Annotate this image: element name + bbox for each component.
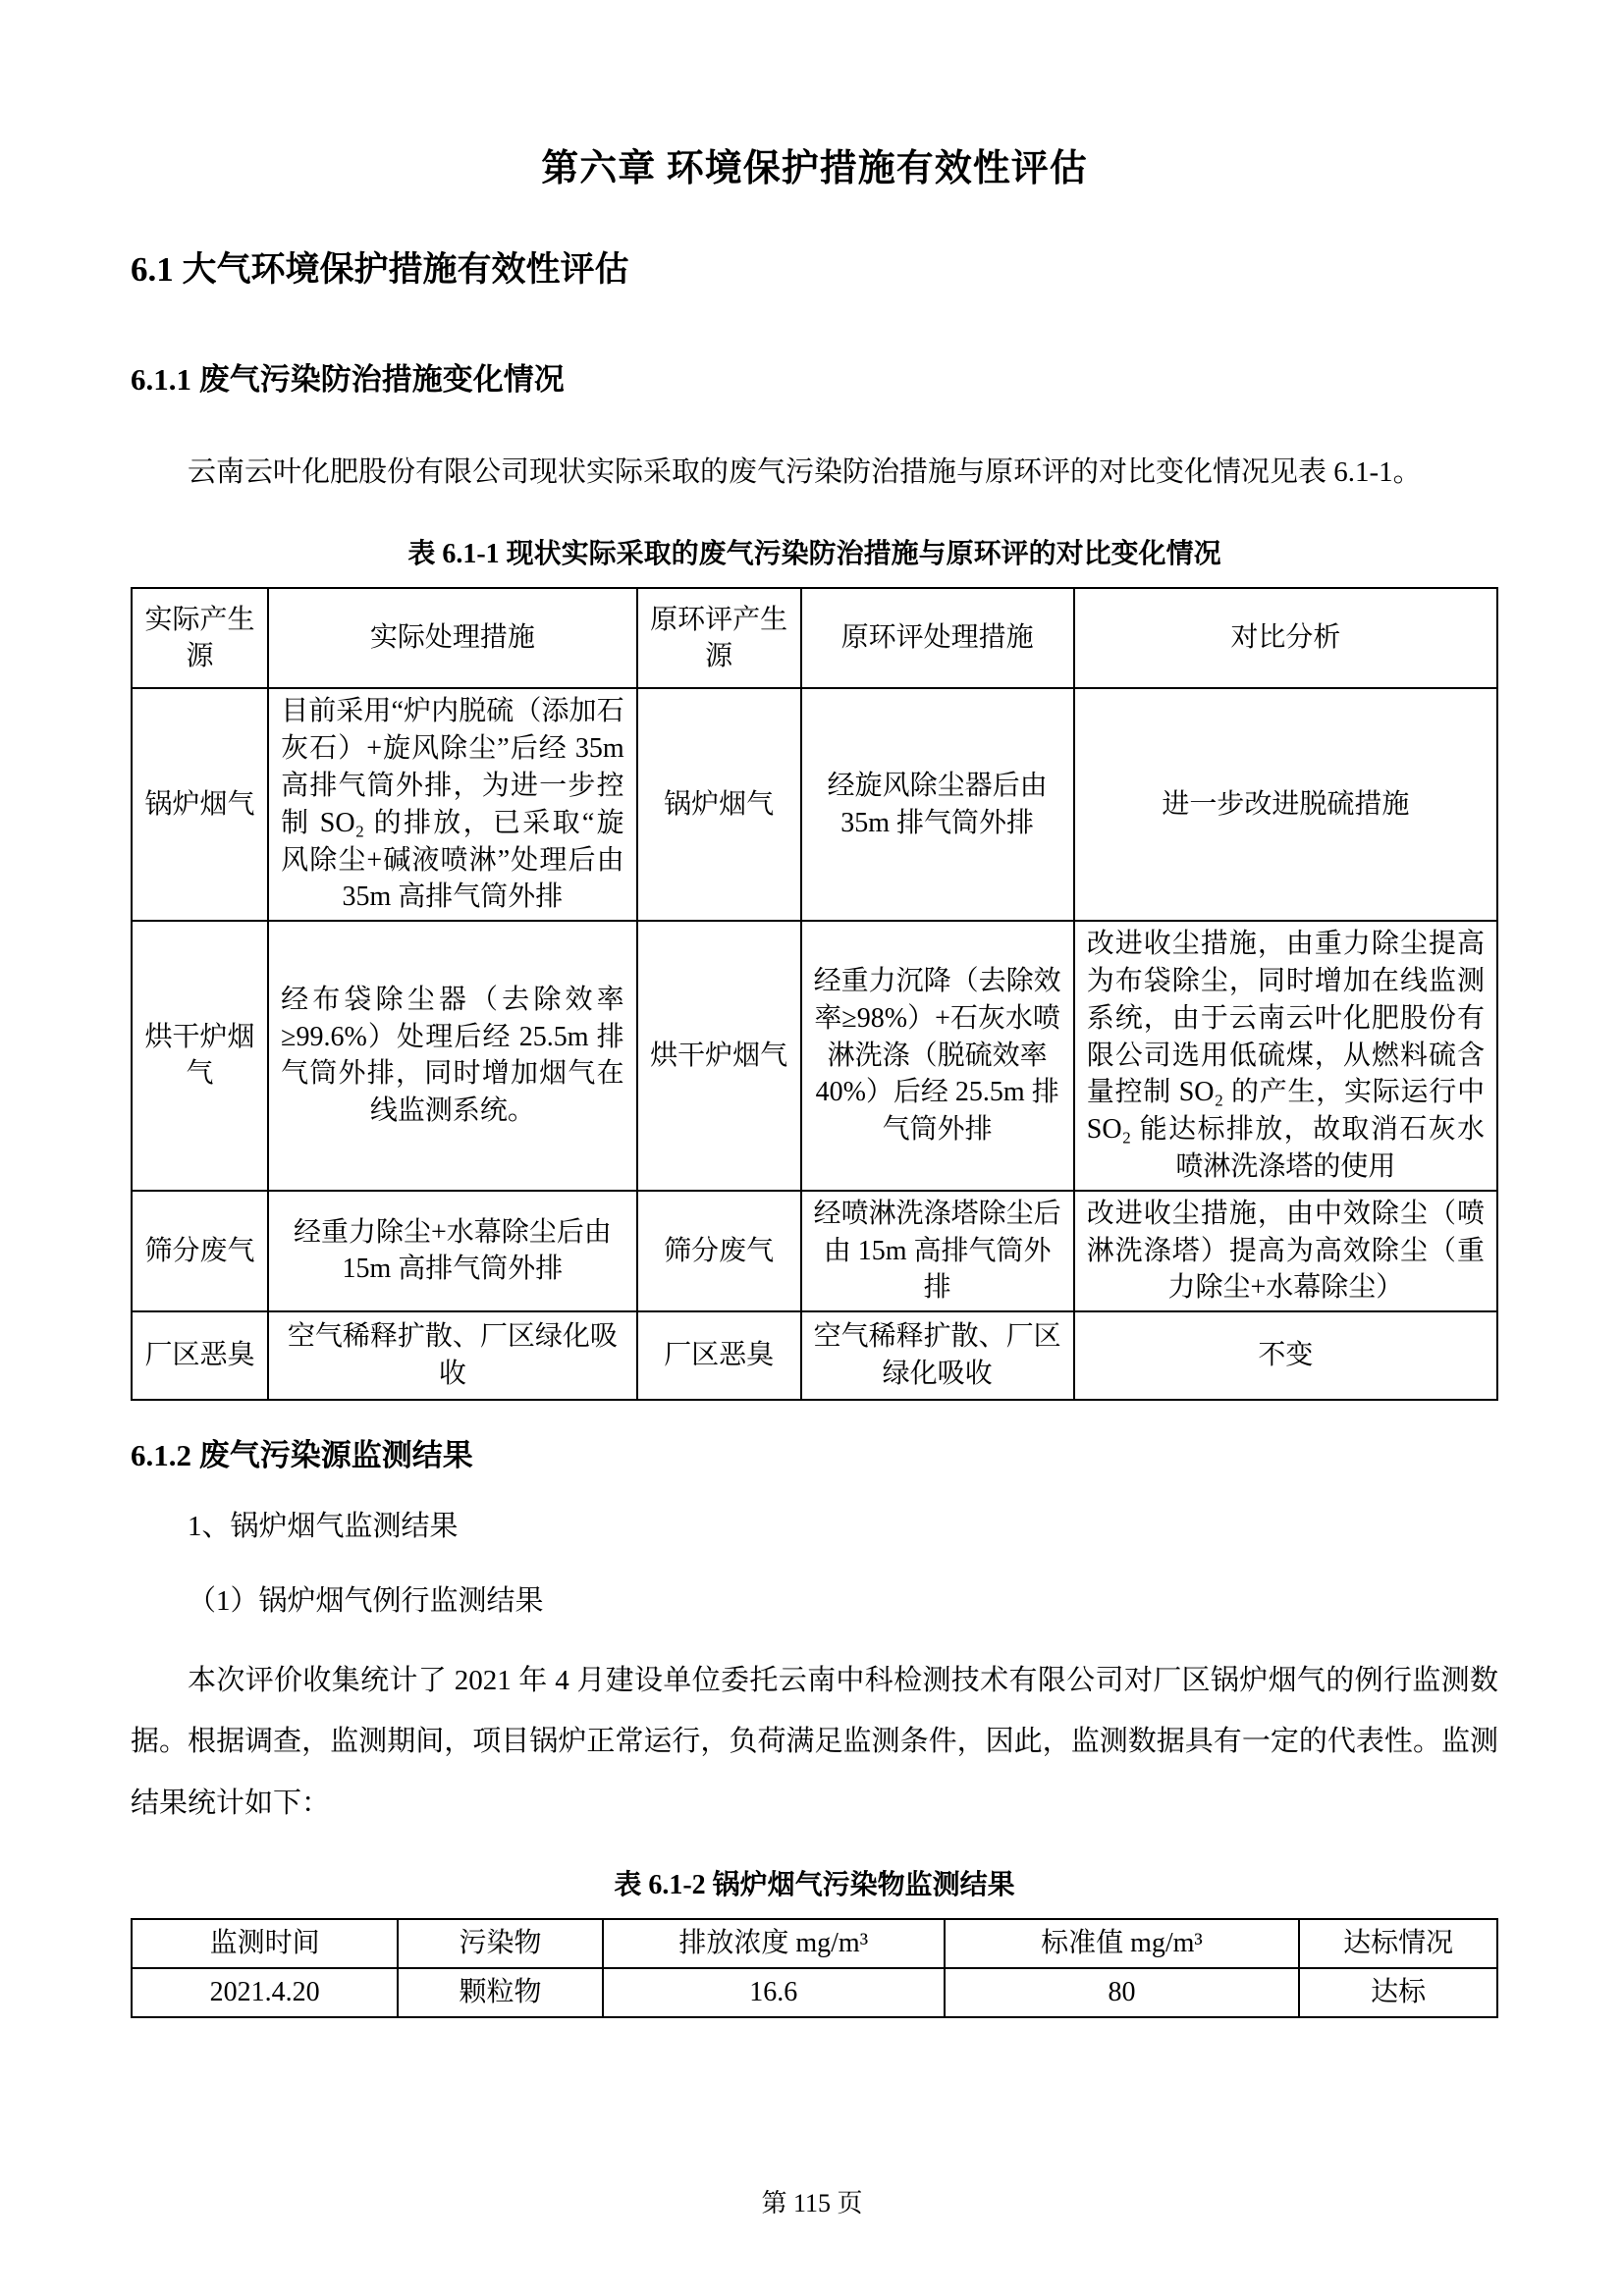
chapter-title: 第六章 环境保护措施有效性评估 [131,137,1498,191]
table-cell: 改进收尘措施，由重力除尘提高为布袋除尘，同时增加在线监测系统，由于云南云叶化肥股… [1074,921,1497,1191]
document-page: { "document": { "chapter_title": "第六章 环境… [0,0,1624,2296]
table-header-cell: 污染物 [398,1919,603,1968]
table-cell: 进一步改进脱硫措施 [1074,688,1497,921]
paragraph-6-1-2: 本次评价收集统计了 2021 年 4 月建设单位委托云南中科检测技术有限公司对厂… [131,1650,1498,1834]
table-cell: 2021.4.20 [132,1968,398,2017]
table-cell: 80 [945,1968,1300,2017]
table-header-cell: 监测时间 [132,1919,398,1968]
table-cell: 颗粒物 [398,1968,603,2017]
table-header-cell: 原环评产生源 [637,588,801,688]
table-header-cell: 排放浓度 mg/m³ [603,1919,945,1968]
table-header-cell: 对比分析 [1074,588,1497,688]
table-cell: 经布袋除尘器（去除效率≥99.6%）处理后经 25.5m 排气筒外排，同时增加烟… [268,921,637,1191]
table-cell: 烘干炉烟气 [132,921,268,1191]
list-item-1-1: （1）锅炉烟气例行监测结果 [131,1578,1498,1624]
table-header-row: 实际产生源 实际处理措施 原环评产生源 原环评处理措施 对比分析 [132,588,1497,688]
table-row: 锅炉烟气 目前采用“炉内脱硫（添加石灰石）+旋风除尘”后经 35m 高排气筒外排… [132,688,1497,921]
table-header-cell: 实际产生源 [132,588,268,688]
table-6-1-1: 实际产生源 实际处理措施 原环评产生源 原环评处理措施 对比分析 锅炉烟气 目前… [131,587,1498,1401]
table-header-cell: 原环评处理措施 [801,588,1074,688]
table-cell: 改进收尘措施，由中效除尘（喷淋洗涤塔）提高为高效除尘（重力除尘+水幕除尘） [1074,1191,1497,1311]
table-row: 烘干炉烟气 经布袋除尘器（去除效率≥99.6%）处理后经 25.5m 排气筒外排… [132,921,1497,1191]
table-cell: 目前采用“炉内脱硫（添加石灰石）+旋风除尘”后经 35m 高排气筒外排，为进一步… [268,688,637,921]
list-item-1: 1、锅炉烟气监测结果 [131,1504,1498,1549]
table-cell: 经重力除尘+水幕除尘后由 15m 高排气筒外排 [268,1191,637,1311]
table-6-1-2: 监测时间 污染物 排放浓度 mg/m³ 标准值 mg/m³ 达标情况 2021.… [131,1918,1498,2018]
table-cell: 烘干炉烟气 [637,921,801,1191]
table-cell: 厂区恶臭 [132,1311,268,1400]
table-cell: 经喷淋洗涤塔除尘后由 15m 高排气筒外排 [801,1191,1074,1311]
section-heading-6-1-1: 6.1.1 废气污染防治措施变化情况 [131,354,1498,399]
table-row: 筛分废气 经重力除尘+水幕除尘后由 15m 高排气筒外排 筛分废气 经喷淋洗涤塔… [132,1191,1497,1311]
table-cell: 空气稀释扩散、厂区绿化吸收 [268,1311,637,1400]
table-header-cell: 标准值 mg/m³ [945,1919,1300,1968]
table-header-cell: 实际处理措施 [268,588,637,688]
table-cell: 锅炉烟气 [637,688,801,921]
paragraph-6-1-1: 云南云叶化肥股份有限公司现状实际采取的废气污染防治措施与原环评的对比变化情况见表… [131,442,1498,503]
table-cell: 厂区恶臭 [637,1311,801,1400]
table-6-1-1-caption: 表 6.1-1 现状实际采取的废气污染防治措施与原环评的对比变化情况 [131,532,1498,571]
table-header-cell: 达标情况 [1299,1919,1497,1968]
table-row: 厂区恶臭 空气稀释扩散、厂区绿化吸收 厂区恶臭 空气稀释扩散、厂区绿化吸收 不变 [132,1311,1497,1400]
section-heading-6-1-2: 6.1.2 废气污染源监测结果 [131,1430,1498,1474]
table-cell: 空气稀释扩散、厂区绿化吸收 [801,1311,1074,1400]
page-footer: 第 115 页 [0,2183,1624,2219]
table-cell: 锅炉烟气 [132,688,268,921]
table-cell: 不变 [1074,1311,1497,1400]
table-cell: 经旋风除尘器后由 35m 排气筒外排 [801,688,1074,921]
table-cell: 16.6 [603,1968,945,2017]
table-cell: 达标 [1299,1968,1497,2017]
table-row: 2021.4.20 颗粒物 16.6 80 达标 [132,1968,1497,2017]
table-cell: 筛分废气 [637,1191,801,1311]
table-header-row: 监测时间 污染物 排放浓度 mg/m³ 标准值 mg/m³ 达标情况 [132,1919,1497,1968]
table-cell: 筛分废气 [132,1191,268,1311]
table-6-1-2-caption: 表 6.1-2 锅炉烟气污染物监测结果 [131,1863,1498,1902]
section-heading-6-1: 6.1 大气环境保护措施有效性评估 [131,242,1498,292]
page-content: 第六章 环境保护措施有效性评估 6.1 大气环境保护措施有效性评估 6.1.1 … [0,0,1624,2018]
table-cell: 经重力沉降（去除效率≥98%）+石灰水喷淋洗涤（脱硫效率 40%）后经 25.5… [801,921,1074,1191]
